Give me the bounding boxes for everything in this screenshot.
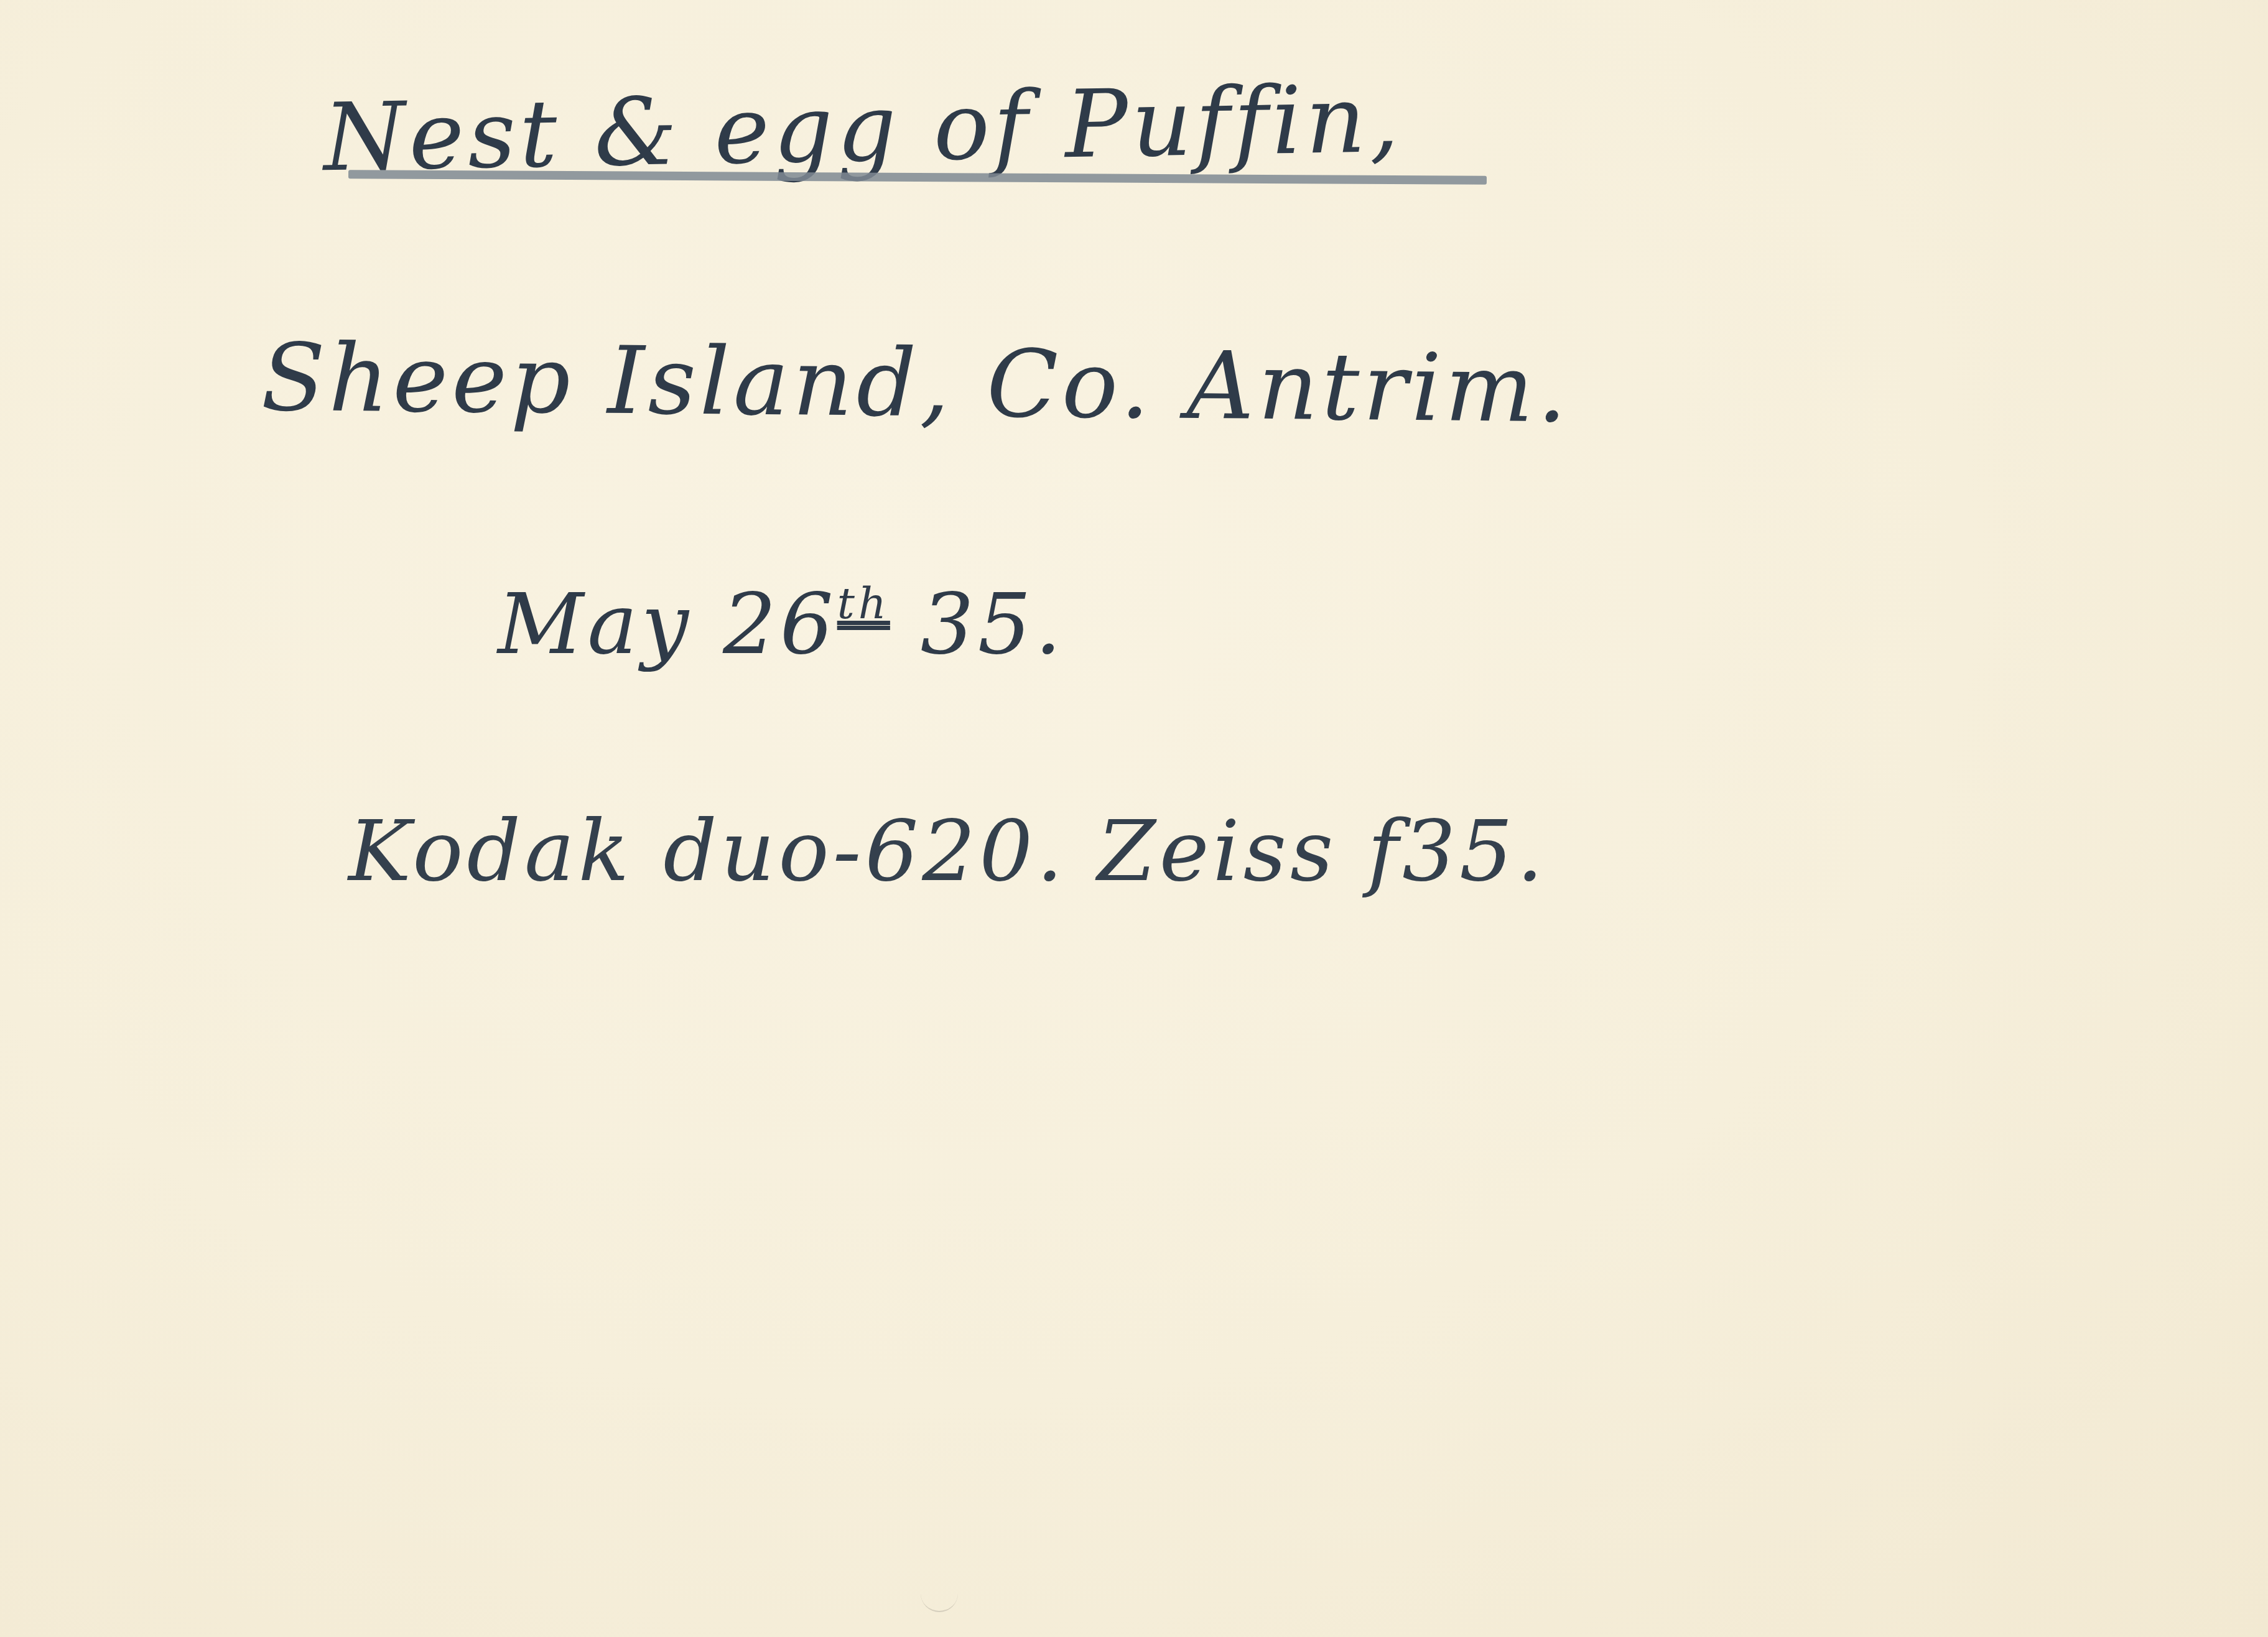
handwritten-card: Nest & egg of Puffin, Sheep Island, Co. … bbox=[0, 0, 2268, 1637]
camera-line: Kodak duo-620. Zeiss f35. bbox=[348, 802, 1547, 900]
date-day: May 26 bbox=[498, 575, 837, 673]
date-line: May 26th 35. bbox=[498, 575, 1066, 673]
location-line: Sheep Island, Co. Antrim. bbox=[261, 324, 1571, 443]
date-year: 35. bbox=[890, 575, 1066, 673]
date-ordinal-suffix: th bbox=[837, 578, 890, 629]
paper-fiber-mark bbox=[921, 1592, 958, 1612]
